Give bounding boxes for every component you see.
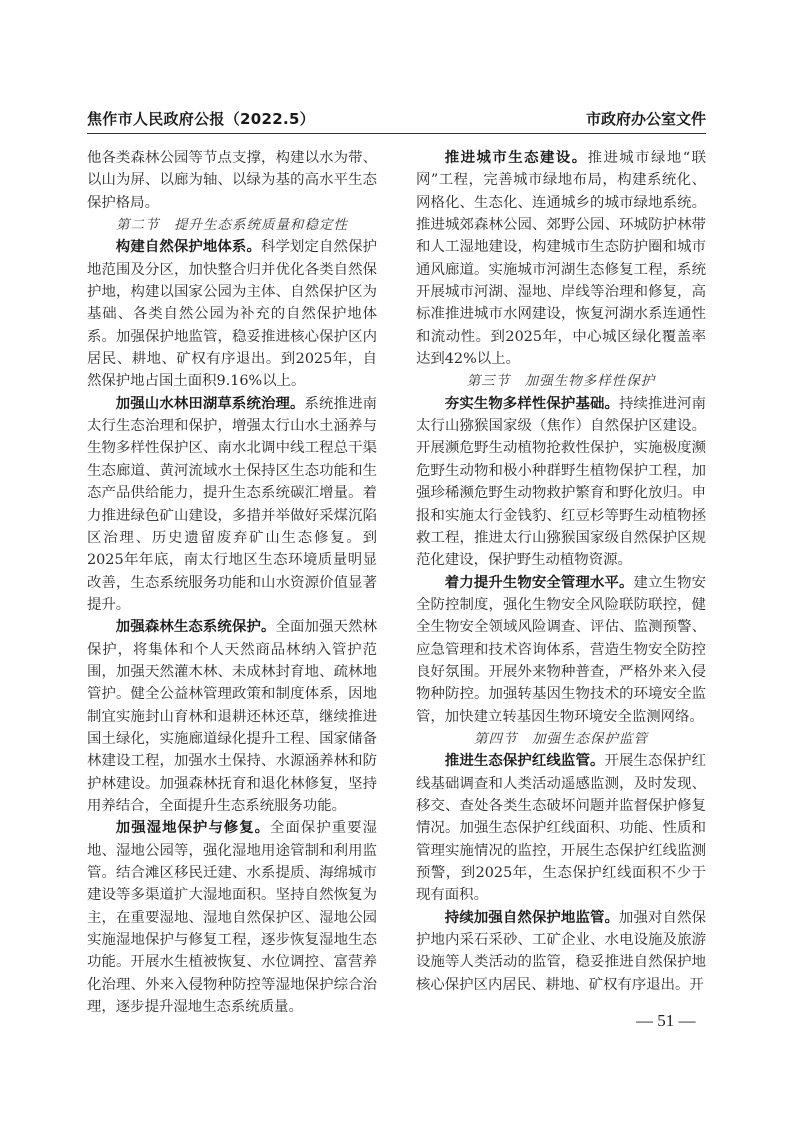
left-column: 他各类森林公园等节点支撑，构建以水为带、以山为屏、以廊为轴、以绿为基的高水平生态… — [87, 147, 377, 1018]
paragraph-lead: 加强森林生态系统保护。 — [116, 619, 276, 635]
section-heading-2: 第二节 提升生态系统质量和稳定性 — [87, 214, 377, 236]
paragraph-body: 全面加强天然林保护，将集体和个人天然商品林纳入管护范围，加强天然灌木林、未成林封… — [87, 619, 377, 814]
paragraph-body: 科学划定自然保护地范围及分区，加快整合归并优化各类自然保护地，构建以国家公园为主… — [87, 239, 377, 389]
paragraph-body: 系统推进南太行生态治理和保护，增强太行山水土涵养与生物多样性保护区、南水北调中线… — [87, 396, 377, 613]
publication-title: 焦作市人民政府公报（2022.5） — [87, 108, 315, 129]
paragraph-reserve-supervision: 持续加强自然保护地监管。加强对自然保护地内采石采砂、工矿企业、水电设施及旅游设施… — [416, 907, 706, 996]
right-column: 推进城市生态建设。推进城市绿地“联网”工程，完善城市绿地布局，构建系统化、网格化… — [416, 147, 706, 996]
paragraph-lead: 推进生态保护红线监管。 — [445, 753, 605, 769]
paragraph-red-line-supervision: 推进生态保护红线监管。开展生态保护红线基础调查和人类活动遥感监测，及时发现、移交… — [416, 750, 706, 906]
paragraph-body: 推进城市绿地“联网”工程，完善城市绿地布局，构建系统化、网格化、生态化、连通城乡… — [416, 150, 706, 367]
paragraph-forest-protection: 加强森林生态系统保护。全面加强天然林保护，将集体和个人天然商品林纳入管护范围，加… — [87, 616, 377, 817]
header-divider — [87, 133, 706, 134]
paragraph-lead: 持续加强自然保护地监管。 — [445, 910, 619, 926]
paragraph-urban-ecology: 推进城市生态建设。推进城市绿地“联网”工程，完善城市绿地布局，构建系统化、网格化… — [416, 147, 706, 370]
paragraph-lead: 夯实生物多样性保护基础。 — [445, 396, 619, 412]
paragraph-body: 持续推进河南太行山猕猴国家级（焦作）自然保护区建设。开展濒危野生动植物抢救性保护… — [416, 396, 706, 568]
document-category: 市政府办公室文件 — [586, 108, 706, 129]
paragraph-nature-reserve-system: 构建自然保护地体系。科学划定自然保护地范围及分区，加快整合归并优化各类自然保护地… — [87, 236, 377, 392]
paragraph-body: 开展生态保护红线基础调查和人类活动遥感监测，及时发现、移交、查处各类生态破坏问题… — [416, 753, 706, 903]
paragraph-body: 建立生物安全防控制度，强化生物安全风险联防联控，健全生物安全领域风险调查、评估、… — [416, 575, 706, 725]
paragraph-body: 全面保护重要湿地、湿地公园等，强化湿地用途管制和利用监管。结合滩区移民迁建、水系… — [87, 820, 377, 1015]
paragraph-wetland-protection: 加强湿地保护与修复。全面保护重要湿地、湿地公园等，强化湿地用途管制和利用监管。结… — [87, 817, 377, 1018]
section-heading-3: 第三节 加强生物多样性保护 — [416, 370, 706, 392]
paragraph-lead: 加强山水林田湖草系统治理。 — [116, 396, 305, 412]
paragraph-lead: 加强湿地保护与修复。 — [116, 820, 270, 836]
paragraph-biodiversity-foundation: 夯实生物多样性保护基础。持续推进河南太行山猕猴国家级（焦作）自然保护区建设。开展… — [416, 393, 706, 572]
paragraph-continued: 他各类森林公园等节点支撑，构建以水为带、以山为屏、以廊为轴、以绿为基的高水平生态… — [87, 147, 377, 214]
paragraph-lead: 构建自然保护地体系。 — [116, 239, 261, 255]
page-number: — 51 — — [636, 1011, 696, 1031]
running-header: 焦作市人民政府公报（2022.5） 市政府办公室文件 — [87, 108, 706, 132]
paragraph-lead: 着力提升生物安全管理水平。 — [445, 575, 634, 591]
paragraph-mountain-water-governance: 加强山水林田湖草系统治理。系统推进南太行生态治理和保护，增强太行山水土涵养与生物… — [87, 393, 377, 616]
paragraph-lead: 推进城市生态建设。 — [445, 150, 588, 166]
section-heading-4: 第四节 加强生态保护监管 — [416, 728, 706, 750]
paragraph-biosafety: 着力提升生物安全管理水平。建立生物安全防控制度，强化生物安全风险联防联控，健全生… — [416, 572, 706, 728]
